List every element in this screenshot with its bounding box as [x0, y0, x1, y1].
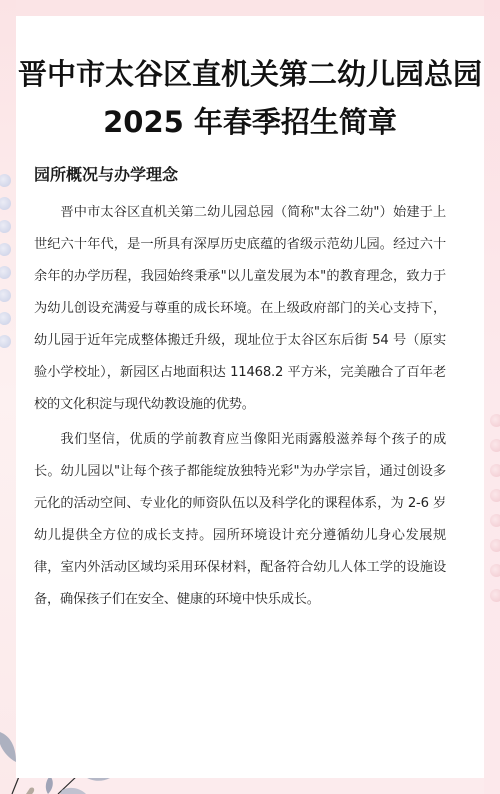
dot-icon [490, 414, 500, 427]
dot-icon [490, 439, 500, 452]
section-heading: 园所概况与办学理念 [34, 165, 178, 185]
decorative-dots-right [486, 414, 500, 614]
dot-icon [490, 489, 500, 502]
page-title: 晋中市太谷区直机关第二幼儿园总园 2025 年春季招生简章 [16, 50, 484, 146]
document-card: 晋中市太谷区直机关第二幼儿园总园 2025 年春季招生简章 园所概况与办学理念 … [16, 16, 484, 778]
dot-icon [490, 539, 500, 552]
background-edge-left [0, 0, 16, 794]
paragraph: 晋中市太谷区直机关第二幼儿园总园（简称"太谷二幼"）始建于上世纪六十年代，是一所… [34, 197, 446, 421]
dot-icon [0, 335, 11, 348]
paragraph: 我们坚信，优质的学前教育应当像阳光雨露般滋养每个孩子的成长。幼儿园以"让每个孩子… [34, 424, 446, 616]
dot-icon [0, 266, 11, 279]
dot-icon [0, 243, 11, 256]
dot-icon [0, 174, 11, 187]
dot-icon [490, 564, 500, 577]
dot-icon [0, 312, 11, 325]
dot-icon [490, 464, 500, 477]
dot-icon [490, 514, 500, 527]
decorative-dots-left [0, 174, 14, 358]
dot-icon [0, 289, 11, 302]
dot-icon [0, 197, 11, 210]
background-edge-right [484, 0, 500, 794]
dot-icon [0, 220, 11, 233]
dot-icon [490, 589, 500, 602]
